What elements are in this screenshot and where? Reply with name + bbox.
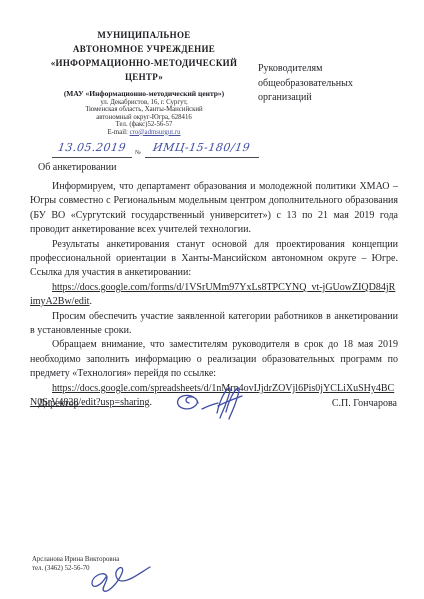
executor-signature (88, 555, 166, 595)
body-paragraph: Информируем, что департамент образования… (30, 180, 398, 238)
survey-form-link[interactable]: https://docs.google.com/forms/d/1VSrUMm9… (30, 282, 395, 307)
org-name-line: МУНИЦИПАЛЬНОЕ (28, 28, 260, 42)
subject-line: Об анкетировании (38, 162, 116, 173)
ref-number-sign: № (132, 150, 142, 158)
org-name-line: «ИНФОРМАЦИОННО-МЕТОДИЧЕСКИЙ (28, 56, 260, 70)
signer-position: Директор (38, 398, 79, 409)
signer-name: С.П. Гончарова (332, 398, 397, 409)
org-short-name: (МАУ «Информационно-методический центр») (28, 89, 260, 98)
address-line: ул. Декабристов, 16, г. Сургут, (28, 99, 260, 106)
recipient-line: организаций (258, 91, 408, 106)
link-period: . (89, 296, 92, 307)
number-blank: ИМЦ-15-180/19 (145, 138, 259, 158)
body-paragraph: Результаты анкетирования станут основой … (30, 238, 398, 281)
email-link[interactable]: cro@admsurgut.ru (130, 129, 181, 136)
letterhead: МУНИЦИПАЛЬНОЕ АВТОНОМНОЕ УЧРЕЖДЕНИЕ «ИНФ… (28, 28, 260, 136)
director-signature (168, 382, 252, 426)
email-label: E-mail: (108, 129, 130, 136)
scanned-letter-page: МУНИЦИПАЛЬНОЕ АВТОНОМНОЕ УЧРЕЖДЕНИЕ «ИНФ… (0, 0, 424, 599)
org-name-line: ЦЕНТР» (28, 70, 260, 84)
recipient-line: общеобразовательных (258, 77, 408, 92)
link-paragraph: https://docs.google.com/forms/d/1VSrUMm9… (30, 281, 398, 310)
body-paragraph: Обращаем внимание, что заместителям руко… (30, 338, 398, 381)
email-line: E-mail: cro@admsurgut.ru (28, 129, 260, 137)
letter-body: Информируем, что департамент образования… (30, 180, 398, 411)
address-line: автономный округ-Югра, 628416 (28, 114, 260, 121)
link-period: . (150, 397, 153, 408)
date-blank: 13.05.2019 (52, 138, 132, 158)
ref-number-handwritten: ИМЦ-15-180/19 (152, 141, 251, 154)
org-name-line: АВТОНОМНОЕ УЧРЕЖДЕНИЕ (28, 42, 260, 56)
body-paragraph: Просим обеспечить участие заявленной кат… (30, 310, 398, 339)
address-line: Тюменская область, Ханты-Мансийский (28, 106, 260, 113)
reference-line: 13.05.2019 № ИМЦ-15-180/19 (52, 138, 264, 158)
phone-line: Тел. (факс)52-56-57 (28, 121, 260, 128)
recipient-line: Руководителям (258, 62, 408, 77)
recipient-block: Руководителям общеобразовательных органи… (258, 62, 408, 106)
ref-date-handwritten: 13.05.2019 (57, 141, 127, 154)
